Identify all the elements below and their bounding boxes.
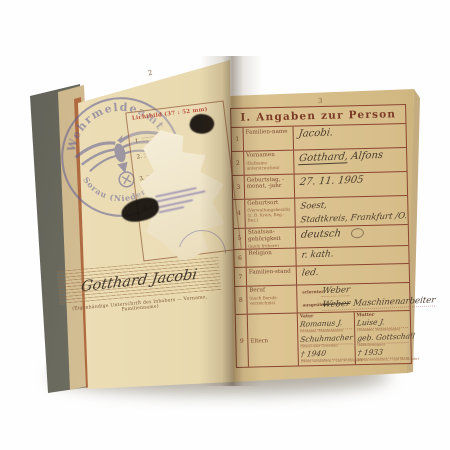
handwritten-value: † 1940	[300, 350, 326, 359]
vater-column: Vater Romanus J. (Vorname, Familienname)…	[298, 312, 356, 365]
ink-mark	[350, 227, 364, 239]
form-row-eltern: 9 Eltern Vater Romanus J. (Vorname, Fami…	[236, 310, 411, 367]
left-page-number: 2	[147, 69, 153, 78]
row-label: Geburtstag, -monat, -jahr	[245, 175, 295, 198]
row-sublabel: (Rufname unterstreichen)	[246, 159, 292, 170]
handwritten-value: WeberMaschinenarbeiter	[322, 295, 436, 311]
handwritten-value: geb. Gottschall	[356, 333, 415, 343]
beruf-ausgeuebter-label: ausgeübter	[303, 302, 320, 307]
handwritten-value: Gotthard, Alfons	[298, 150, 383, 164]
handwritten-value: r. kath.	[301, 249, 335, 260]
angaben-zur-person-form: I. Angaben zur Person 1 Familien-name Ja…	[230, 104, 412, 368]
handwritten-value: Romanus J.	[299, 319, 343, 328]
handwritten-value: † 1933	[357, 348, 383, 357]
owner-signature: Gotthard Jacobi	[80, 267, 198, 295]
right-page-number: 3	[318, 97, 323, 105]
form-row-beruf: 8 Beruf(nach Berufs-verzeichnis) erlernt…	[235, 282, 410, 314]
row-label: Religion	[246, 249, 296, 268]
mutter-column: Mutter Luise J. (Vorname, Familienname) …	[354, 311, 411, 364]
row-label: Familien-name	[244, 127, 294, 150]
handwritten-value: Weber	[321, 285, 350, 297]
handwritten-value: Soest,	[299, 199, 327, 213]
row-label: Familien-stand	[247, 267, 297, 286]
handwritten-value: led.	[301, 268, 319, 279]
row-label: Geburtsort	[247, 200, 278, 207]
row-label: Eltern	[248, 314, 299, 367]
document-photo: 2 Wehrmeldeamt Sorau (Niederlausitz)	[0, 0, 450, 450]
row-label: Vornamen	[246, 152, 275, 159]
row-label: Beruf	[249, 288, 265, 294]
handwritten-value: deutsch	[300, 228, 342, 241]
beruf-erlernter-label: erlernter	[302, 289, 319, 294]
handwritten-value: Jacobi.	[298, 128, 334, 140]
handwritten-value: Luise J.	[356, 319, 385, 328]
row-label: Staatsan-gehörigkeit	[248, 229, 281, 242]
row-sublabel: (nach Berufs-verzeichnis)	[249, 294, 295, 305]
form-row-geburtsort: 4 Geburtsort(Verwaltungsbezirk) (z. B. K…	[233, 195, 408, 228]
handwritten-value: 27. 11. 1905	[299, 175, 364, 189]
handwritten-value: Schuhmacher	[300, 334, 354, 344]
row-sublabel: (Verwaltungsbezirk) (z. B. Kreis, Reg.-B…	[247, 207, 293, 223]
